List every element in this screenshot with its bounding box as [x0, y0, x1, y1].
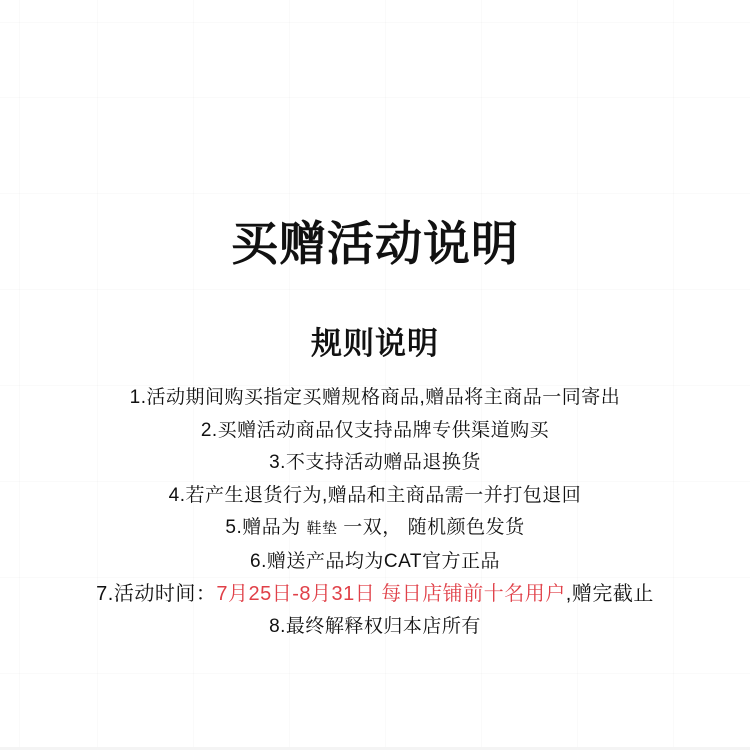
promo-notice-page: 买赠活动说明 规则说明 1.活动期间购买指定买赠规格商品,赠品将主商品一同寄出2…	[0, 0, 750, 750]
rule-item: 3.不支持活动赠品退换货	[0, 447, 750, 480]
rule-text: 3.不支持活动赠品退换货	[269, 452, 481, 473]
rule-text: 1.活动期间购买指定买赠规格商品,赠品将主商品一同寄出	[130, 387, 621, 408]
rule-text: 一双， 随机颜色发货	[338, 517, 525, 538]
rule-text: 4.若产生退货行为,赠品和主商品需一并打包退回	[169, 485, 582, 506]
rule-item: 2.买赠活动商品仅支持品牌专供渠道购买	[0, 415, 750, 448]
rule-highlight-text: 7月25日-8月31日 每日店铺前十名用户	[216, 583, 565, 605]
rule-item: 1.活动期间购买指定买赠规格商品,赠品将主商品一同寄出	[0, 382, 750, 415]
rule-text: 7.活动时间：	[96, 583, 216, 605]
rule-text: 8.最终解释权归本店所有	[269, 616, 481, 637]
section-title: 规则说明	[0, 326, 750, 362]
rule-text: 2.买赠活动商品仅支持品牌专供渠道购买	[201, 420, 549, 441]
rule-text: 5.赠品为	[225, 517, 306, 538]
rule-text: 6.赠送产品均为CAT官方正品	[250, 551, 500, 572]
promo-content: 买赠活动说明 规则说明 1.活动期间购买指定买赠规格商品,赠品将主商品一同寄出2…	[0, 0, 750, 643]
rule-item: 4.若产生退货行为,赠品和主商品需一并打包退回	[0, 480, 750, 513]
rule-text: ,赠完截止	[566, 583, 654, 605]
rules-list: 1.活动期间购买指定买赠规格商品,赠品将主商品一同寄出2.买赠活动商品仅支持品牌…	[0, 382, 750, 643]
rule-text: 鞋垫	[307, 520, 338, 537]
page-title: 买赠活动说明	[0, 216, 750, 272]
rule-item: 8.最终解释权归本店所有	[0, 611, 750, 644]
rule-item: 7.活动时间：7月25日-8月31日 每日店铺前十名用户,赠完截止	[0, 578, 750, 611]
rule-item: 6.赠送产品均为CAT官方正品	[0, 546, 750, 579]
rule-item: 5.赠品为 鞋垫 一双， 随机颜色发货	[0, 512, 750, 546]
